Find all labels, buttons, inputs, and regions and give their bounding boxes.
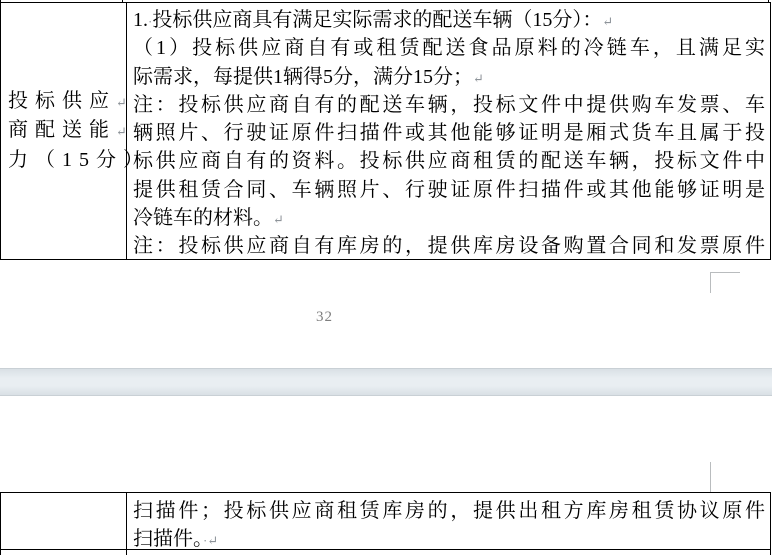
- criteria-name-cell: 投标供应↵商配送能↵力（15分）: [1, 3, 127, 259]
- table-row-next-sliver: [1, 550, 770, 555]
- text-line: 际需求，每提供1辆得5分，满分15分；↵: [133, 63, 765, 91]
- evaluation-table-page2: 扫描件；投标供应商租赁库房的，提供出租方库房租赁协议原件扫描件。·↵: [0, 492, 771, 555]
- document-viewport: { "page1": { "page_number": "32", "table…: [0, 0, 772, 555]
- criteria-detail-cell-continued: 扫描件；投标供应商租赁库房的，提供出租方库房租赁协议原件扫描件。·↵: [127, 493, 770, 549]
- line-text: 注：投标供应商自有的配送车辆，投标文件中提供购车发票、车: [133, 94, 765, 116]
- line-text: 提供租赁合同、车辆照片、行驶证原件扫描件或其他能够证明是: [133, 179, 765, 201]
- paragraph-mark: ↵: [207, 533, 218, 548]
- paragraph-mark: ↵: [273, 212, 284, 227]
- line-text: 扫描件。: [133, 528, 203, 549]
- text-line: 力（15分）: [8, 146, 126, 176]
- line-text: 扫描件；投标供应商租赁库房的，提供出租方库房租赁协议原件: [133, 500, 765, 522]
- line-text: 1.: [133, 9, 148, 31]
- line-text: 投标供应: [8, 90, 116, 112]
- text-line: 商配送能↵: [8, 116, 126, 146]
- text-line: 注：投标供应商自有库房的，提供库房设备购置合同和发票原件: [133, 232, 765, 259]
- criteria-name-cell-empty: [1, 493, 127, 549]
- text-line: 扫描件；投标供应商租赁库房的，提供出租方库房租赁协议原件: [133, 497, 765, 525]
- evaluation-table-page1: 投标供应↵商配送能↵力（15分） 1.·投标供应商具有满足实际需求的配送车辆（1…: [0, 2, 771, 260]
- line-text: 际需求，每提供1辆得5分，满分15分；: [133, 66, 473, 88]
- text-line: 辆照片、行驶证原件扫描件或其他能够证明是厢式货车且属于投: [133, 119, 765, 147]
- paragraph-mark: ↵: [116, 124, 127, 139]
- text-line: 扫描件。·↵: [133, 525, 765, 549]
- table-row: 扫描件；投标供应商租赁库房的，提供出租方库房租赁协议原件扫描件。·↵: [1, 493, 770, 550]
- text-line: 冷链车的材料。↵: [133, 204, 765, 232]
- text-boundary-mark-vertical-2: [710, 462, 711, 492]
- text-line: 提供租赁合同、车辆照片、行驶证原件扫描件或其他能够证明是: [133, 176, 765, 204]
- next-row-left-cell: [1, 550, 127, 555]
- text-boundary-mark-vertical: [710, 272, 711, 293]
- page-number: 32: [316, 309, 333, 326]
- paragraph-mark: ↵: [116, 95, 127, 110]
- paragraph-mark: ↵: [473, 71, 484, 86]
- criteria-detail-cell: 1.·投标供应商具有满足实际需求的配送车辆（15分）：↵（1）投标供应商自有或租…: [127, 3, 770, 259]
- line-text: 注：投标供应商自有库房的，提供库房设备购置合同和发票原件: [133, 235, 765, 257]
- text-line: 注：投标供应商自有的配送车辆，投标文件中提供购车发票、车: [133, 91, 765, 119]
- line-text: 商配送能: [8, 119, 116, 141]
- paragraph-mark: ↵: [602, 14, 613, 29]
- line-text: （1）投标供应商自有或租赁配送食品原料的冷链车，且满足实: [133, 37, 765, 59]
- line-text: 标供应商自有的资料。投标供应商租赁的配送车辆，投标文件中: [133, 150, 765, 172]
- text-line: （1）投标供应商自有或租赁配送食品原料的冷链车，且满足实: [133, 34, 765, 62]
- text-line: 1.·投标供应商具有满足实际需求的配送车辆（15分）：↵: [133, 6, 765, 34]
- next-row-right-cell: [127, 550, 770, 555]
- line-text: 冷链车的材料。: [133, 207, 273, 229]
- line-text: 投标供应商具有满足实际需求的配送车辆（15分）：: [152, 9, 602, 31]
- text-line: 标供应商自有的资料。投标供应商租赁的配送车辆，投标文件中: [133, 147, 765, 175]
- line-text: 辆照片、行驶证原件扫描件或其他能够证明是厢式货车且属于投: [133, 122, 765, 144]
- page-gap-separator: [0, 368, 772, 396]
- text-boundary-mark-horizontal: [710, 272, 740, 273]
- text-line: 投标供应↵: [8, 87, 126, 117]
